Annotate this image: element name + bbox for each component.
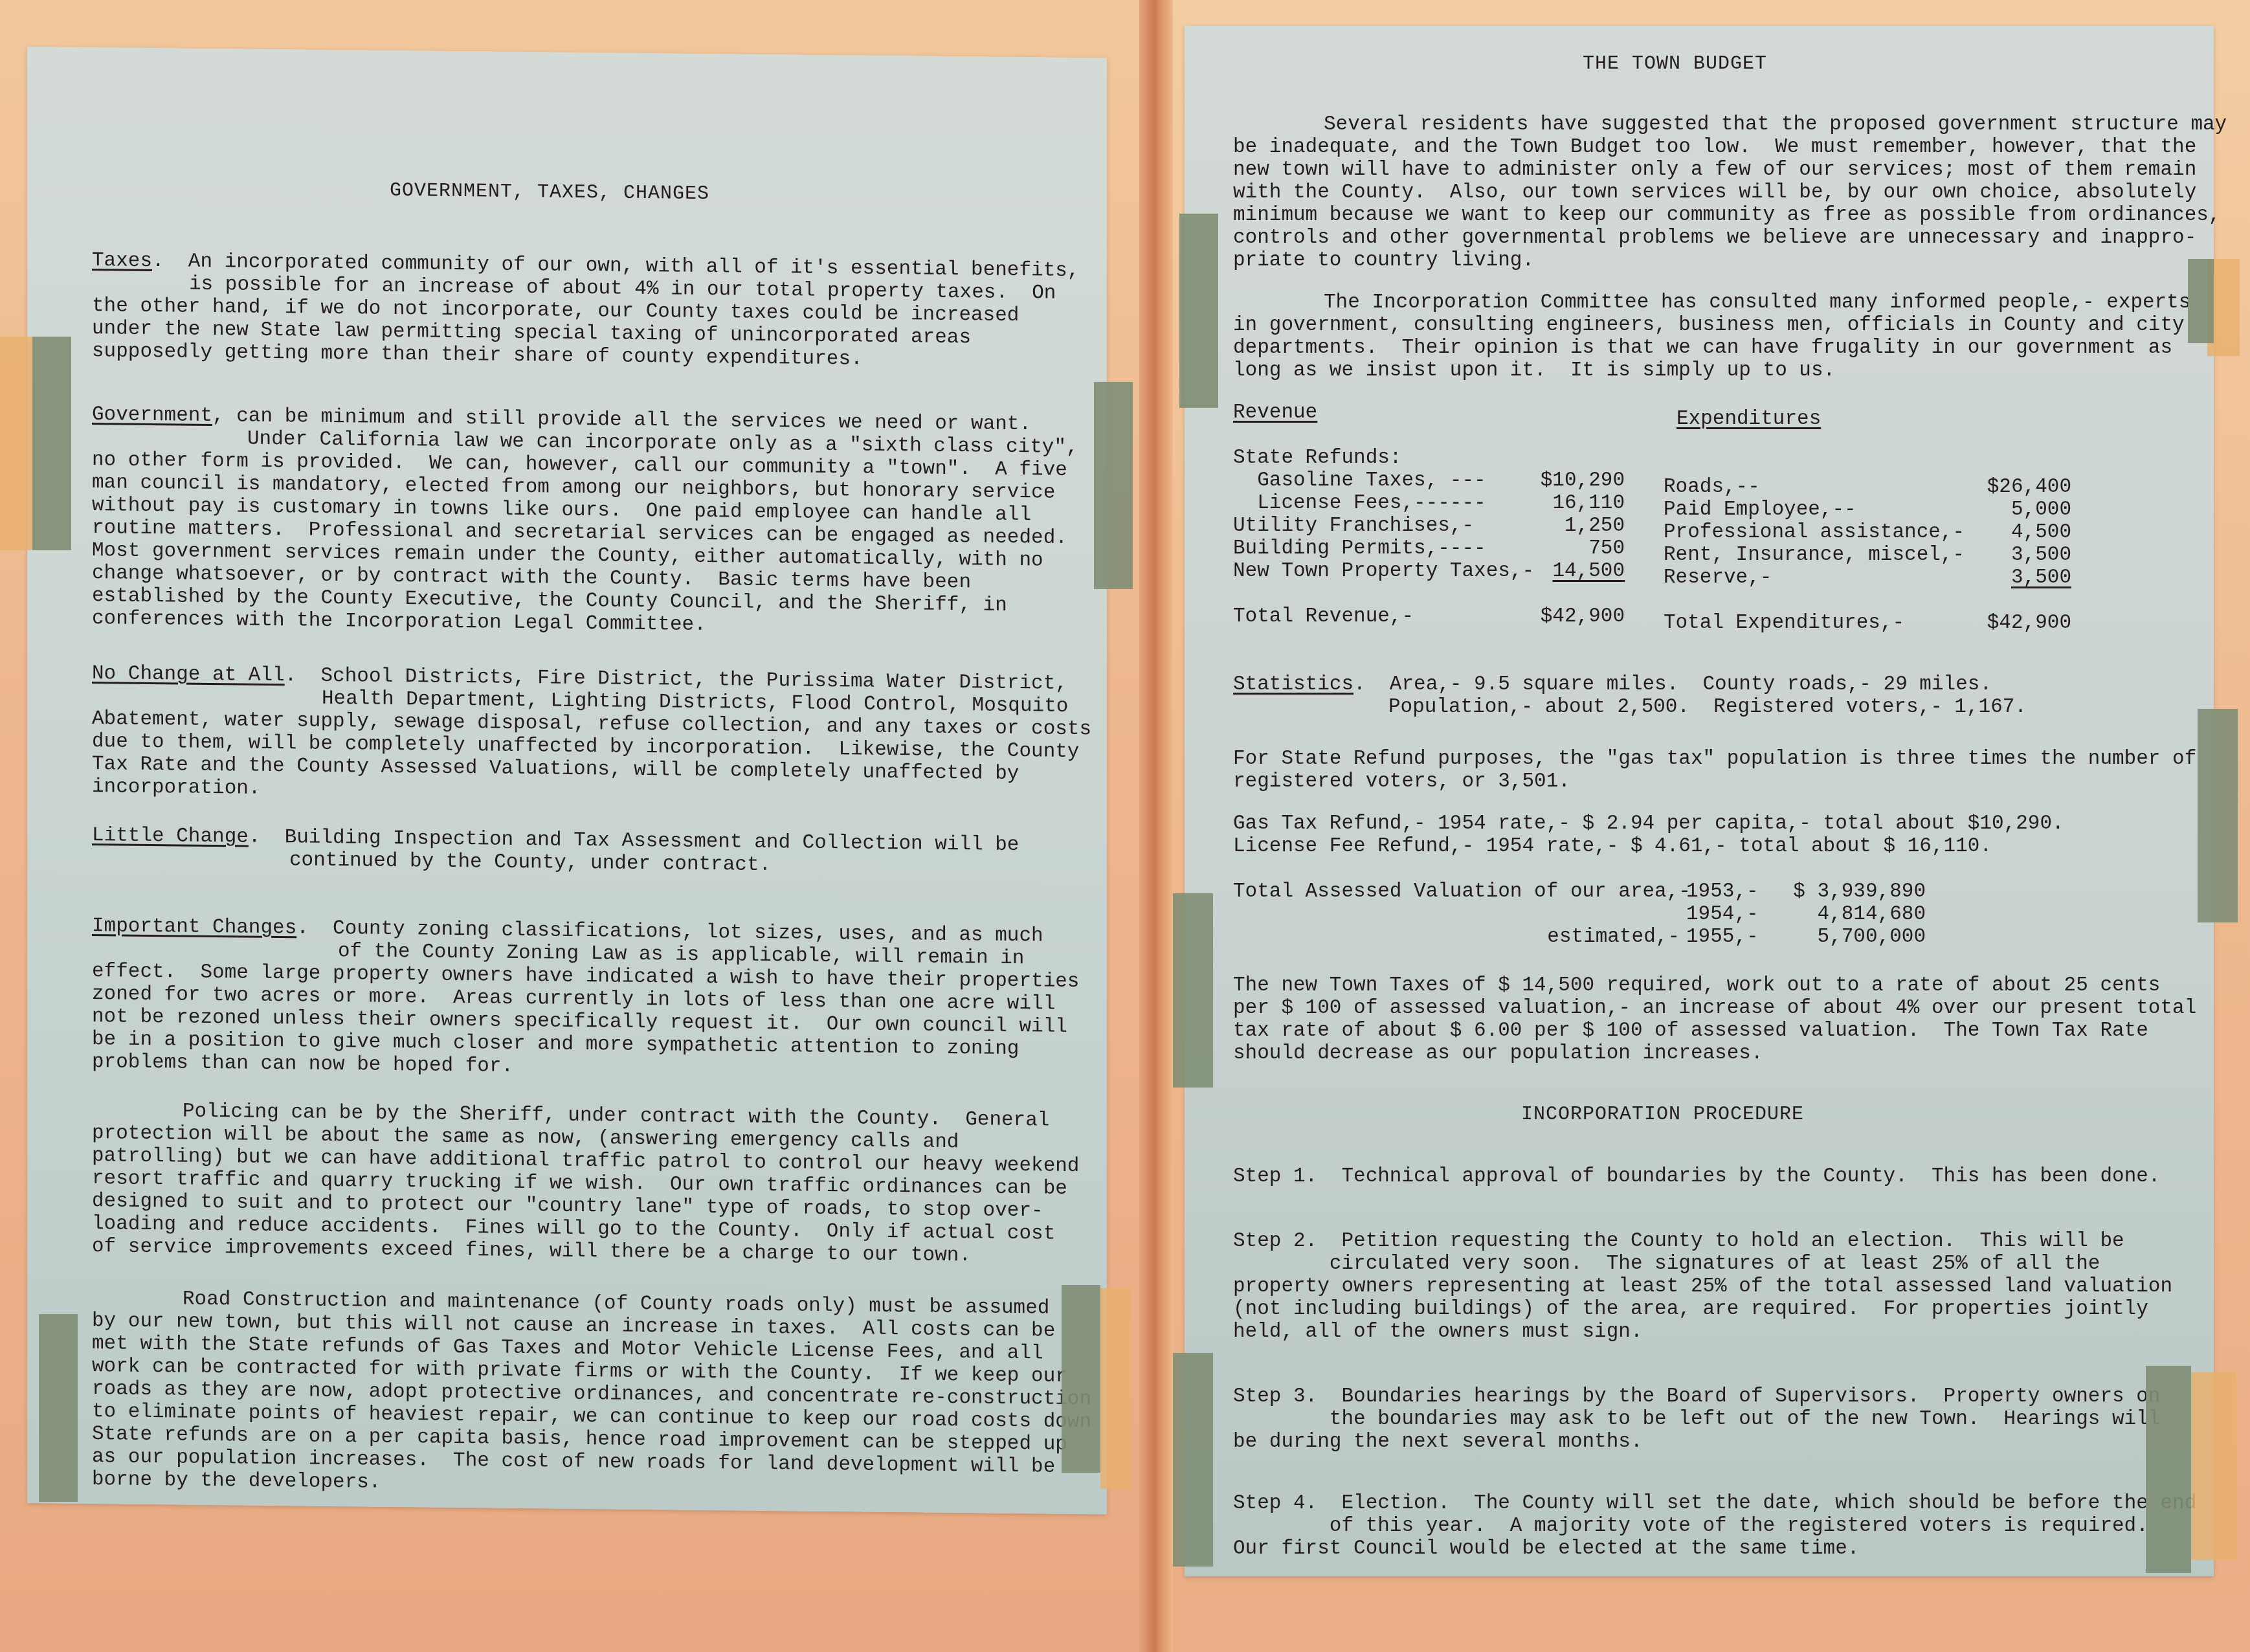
row-label: Utility Franchises,- xyxy=(1233,515,1524,537)
row-amount: 4,500 xyxy=(1968,521,2071,544)
heading-suffix: . xyxy=(152,250,164,273)
row-amount: 3,500 xyxy=(1968,566,2071,589)
text-line: Our first Council would be elected at th… xyxy=(1233,1537,2196,1560)
total-label: Total Revenue,- xyxy=(1233,605,1524,628)
total-label: Total Expenditures,- xyxy=(1664,612,1968,634)
row-amount: 16,110 xyxy=(1524,492,1625,515)
text-line: minimum because we want to keep our comm… xyxy=(1233,204,2227,227)
text-line: . Area,- 9.5 square miles. County roads,… xyxy=(1353,673,1992,696)
text-line: Gas Tax Refund,- 1954 rate,- $ 2.94 per … xyxy=(1233,812,2064,835)
section-statistics: Statistics. Area,- 9.5 square miles. Cou… xyxy=(1233,673,2027,719)
expenditure-row: Reserve,-3,500 xyxy=(1664,566,2071,589)
valuation-row: 1954,-4,814,680 xyxy=(1233,903,1926,926)
row-amount: 3,500 xyxy=(1968,544,2071,566)
row-label: Gasoline Taxes, --- xyxy=(1233,469,1524,492)
valuation-year: 1953,- xyxy=(1686,880,1783,903)
valuation-year: 1955,- xyxy=(1686,926,1783,948)
paragraph-committee: The Incorporation Committee has consulte… xyxy=(1233,291,2190,382)
row-label: Paid Employee,-- xyxy=(1664,498,1968,521)
paragraph-intro: Several residents have suggested that th… xyxy=(1233,113,2227,272)
statistics-heading: Statistics xyxy=(1233,673,1353,696)
tape-strip xyxy=(0,337,32,550)
step-label: Step 2. xyxy=(1233,1230,1317,1253)
text-line: Population,- about 2,500. Registered vot… xyxy=(1233,696,2027,719)
state-refunds-label: State Refunds: xyxy=(1233,447,1401,469)
revenue-row: Building Permits,----750 xyxy=(1233,537,1625,560)
expenditure-row: Rent, Insurance, miscel,-3,500 xyxy=(1664,544,2071,566)
heading-no-change: No Change at All xyxy=(92,662,285,687)
step-label: Step 4. xyxy=(1233,1492,1317,1515)
text-line: of this year. A majority vote of the reg… xyxy=(1233,1515,2196,1537)
text-line: Boundaries hearings by the Board of Supe… xyxy=(1341,1385,2160,1408)
valuation-amount: 4,814,680 xyxy=(1783,903,1926,926)
text-line: per $ 100 of assessed valuation,- an inc… xyxy=(1233,997,2196,1020)
heading-suffix: , xyxy=(212,405,225,427)
typed-sheet-right: THE TOWN BUDGET Several residents have s… xyxy=(1185,26,2214,1576)
valuation-prefix xyxy=(1233,903,1686,926)
procedure-title: INCORPORATION PROCEDURE xyxy=(1521,1104,1804,1126)
step-label: Step 1. xyxy=(1233,1165,1317,1188)
expenditure-row: Professional assistance,-4,500 xyxy=(1664,521,2071,544)
left-page-title: GOVERNMENT, TAXES, CHANGES xyxy=(390,180,709,205)
valuation-year: 1954,- xyxy=(1686,903,1783,926)
row-amount: 5,000 xyxy=(1968,498,2071,521)
valuation-table: Total Assessed Valuation of our area,-19… xyxy=(1233,880,1926,948)
section-no-change: No Change at All. School Districts, Fire… xyxy=(92,662,1091,809)
text-line: tax rate of about $ 6.00 per $ 100 of as… xyxy=(1233,1020,2196,1042)
tape-strip xyxy=(1179,214,1218,408)
valuation-amount: $ 3,939,890 xyxy=(1783,880,1926,903)
paragraph-town-taxes: The new Town Taxes of $ 14,500 required,… xyxy=(1233,974,2196,1065)
expenditure-row: Paid Employee,--5,000 xyxy=(1664,498,2071,521)
step-3: Step 3. Boundaries hearings by the Board… xyxy=(1233,1385,2160,1453)
paragraph-refunds: Gas Tax Refund,- 1954 rate,- $ 2.94 per … xyxy=(1233,812,2064,858)
text-line: held, all of the owners must sign. xyxy=(1233,1321,2172,1343)
tape-strip xyxy=(2198,709,2238,922)
tape-strip xyxy=(2188,259,2214,343)
total-amount: $42,900 xyxy=(1524,605,1625,628)
revenue-table: Revenue State Refunds: Gasoline Taxes, -… xyxy=(1233,401,1625,628)
text-line: new town will have to administer only a … xyxy=(1233,159,2227,181)
text-line: For State Refund purposes, the "gas tax"… xyxy=(1233,748,2196,770)
heading-taxes: Taxes xyxy=(92,249,152,273)
text-line: The new Town Taxes of $ 14,500 required,… xyxy=(1233,974,2196,997)
expenditure-total-row: Total Expenditures,-$42,900 xyxy=(1664,612,2071,634)
paragraph-roads: Road Construction and maintenance (of Co… xyxy=(92,1287,1091,1501)
tape-strip xyxy=(1100,1288,1131,1489)
row-amount: 750 xyxy=(1524,537,1625,560)
revenue-row: Gasoline Taxes, ---$10,290 xyxy=(1233,469,1625,492)
text-line: be during the next several months. xyxy=(1233,1431,2160,1453)
step-2: Step 2. Petition requesting the County t… xyxy=(1233,1230,2172,1343)
revenue-row: Utility Franchises,-1,250 xyxy=(1233,515,1625,537)
revenue-row: License Fees,------16,110 xyxy=(1233,492,1625,515)
section-important-changes: Important Changes. County zoning classif… xyxy=(92,915,1079,1084)
row-label: Roads,-- xyxy=(1664,476,1968,498)
text-line: circulated very soon. The signatures of … xyxy=(1233,1253,2172,1275)
text-line: Several residents have suggested that th… xyxy=(1233,113,2227,136)
text-line: the boundaries may ask to be left out of… xyxy=(1233,1408,2160,1431)
tape-strip xyxy=(32,337,71,550)
tape-strip xyxy=(39,1314,78,1502)
revenue-row: New Town Property Taxes,-14,500 xyxy=(1233,560,1625,583)
tape-strip xyxy=(1173,1353,1213,1567)
row-label: Professional assistance,- xyxy=(1664,521,1968,544)
heading-suffix: . xyxy=(249,826,261,849)
section-government: Government, can be minimum and still pro… xyxy=(92,403,1078,640)
right-page-title: THE TOWN BUDGET xyxy=(1583,53,1767,75)
heading-important-changes: Important Changes xyxy=(92,915,296,939)
expenditures-table: Expenditures Roads,--$26,400 Paid Employ… xyxy=(1664,408,2071,634)
row-label: New Town Property Taxes,- xyxy=(1233,560,1524,583)
typed-sheet-left: GOVERNMENT, TAXES, CHANGES Taxes. An inc… xyxy=(27,47,1107,1514)
section-taxes: Taxes. An incorporated community of our … xyxy=(92,249,1079,373)
paragraph-gas-tax-population: For State Refund purposes, the "gas tax"… xyxy=(1233,748,2196,793)
text-line: Technical approval of boundaries by the … xyxy=(1341,1165,2160,1188)
row-label: License Fees,------ xyxy=(1233,492,1524,515)
text-line: with the County. Also, our town services… xyxy=(1233,181,2227,204)
text-line: long as we insist upon it. It is simply … xyxy=(1233,359,2190,382)
text-line: The Incorporation Committee has consulte… xyxy=(1233,291,2190,314)
text-line: (not including buildings) of the area, a… xyxy=(1233,1298,2172,1321)
step-label: Step 3. xyxy=(1233,1385,1317,1408)
expenditure-row: Roads,--$26,400 xyxy=(1664,476,2071,498)
valuation-prefix: estimated,- xyxy=(1233,926,1686,948)
row-amount: $26,400 xyxy=(1968,476,2071,498)
tape-strip xyxy=(2146,1366,2191,1573)
tape-strip xyxy=(2191,1372,2236,1560)
total-amount: $42,900 xyxy=(1968,612,2071,634)
valuation-row: estimated,-1955,-5,700,000 xyxy=(1233,926,1926,948)
valuation-label: Total Assessed Valuation of our area,- xyxy=(1233,880,1686,903)
text-line: Petition requesting the County to hold a… xyxy=(1341,1230,2124,1253)
revenue-heading: Revenue xyxy=(1233,401,1317,424)
text-line: Election. The County will set the date, … xyxy=(1341,1492,2196,1515)
text-line: should decrease as our population increa… xyxy=(1233,1042,2196,1065)
row-amount: $10,290 xyxy=(1524,469,1625,492)
tape-strip xyxy=(1173,893,1213,1088)
tape-strip xyxy=(1062,1285,1100,1473)
row-label: Rent, Insurance, miscel,- xyxy=(1664,544,1968,566)
row-label: Building Permits,---- xyxy=(1233,537,1524,560)
section-little-change: Little Change. Building Inspection and T… xyxy=(92,824,1019,879)
heading-suffix: . xyxy=(296,917,309,939)
text-line: departments. Their opinion is that we ca… xyxy=(1233,337,2190,359)
heading-little-change: Little Change xyxy=(92,824,249,849)
valuation-row: Total Assessed Valuation of our area,-19… xyxy=(1233,880,1926,903)
text-line: in government, consulting engineers, bus… xyxy=(1233,314,2190,337)
tape-strip xyxy=(1094,382,1133,589)
row-amount: 1,250 xyxy=(1524,515,1625,537)
paragraph-policing: Policing can be by the Sheriff, under co… xyxy=(92,1099,1079,1268)
heading-government: Government xyxy=(92,403,212,427)
book-gutter xyxy=(1139,0,1173,1652)
text-line: property owners representing at least 25… xyxy=(1233,1275,2172,1298)
step-1: Step 1. Technical approval of boundaries… xyxy=(1233,1165,2160,1188)
text-line: priate to country living. xyxy=(1233,249,2227,272)
text-line: registered voters, or 3,501. xyxy=(1233,770,2196,793)
row-amount: 14,500 xyxy=(1524,560,1625,583)
expenditures-heading: Expenditures xyxy=(1664,408,1821,430)
step-4: Step 4. Election. The County will set th… xyxy=(1233,1492,2196,1560)
valuation-amount: 5,700,000 xyxy=(1783,926,1926,948)
heading-suffix: . xyxy=(285,664,297,687)
text-line: License Fee Refund,- 1954 rate,- $ 4.61,… xyxy=(1233,835,2064,858)
text-line: controls and other governmental problems… xyxy=(1233,227,2227,249)
text-line: be inadequate, and the Town Budget too l… xyxy=(1233,136,2227,159)
revenue-total-row: Total Revenue,-$42,900 xyxy=(1233,605,1625,628)
row-label: Reserve,- xyxy=(1664,566,1968,589)
